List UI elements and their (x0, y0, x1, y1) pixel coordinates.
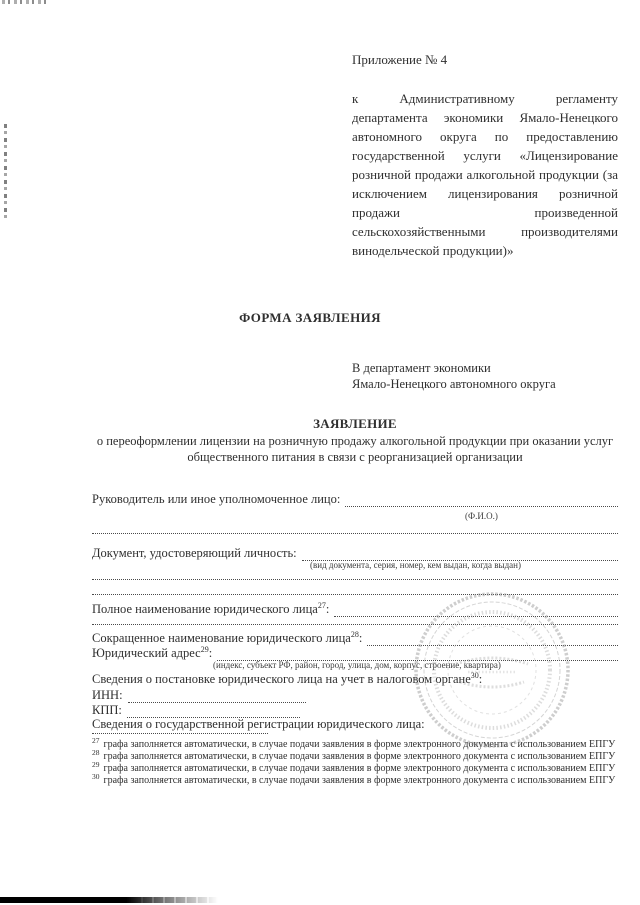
field-full-name-label: Полное наименование юридического лица (92, 602, 318, 616)
footnote-text: графа заполняется автоматически, в случа… (104, 763, 616, 774)
field-legal-address-row: Юридический адрес29: (92, 646, 618, 661)
application-subtitle: о переоформлении лицензии на розничную п… (90, 434, 620, 465)
footnote-29: 29графа заполняется автоматически, в слу… (92, 763, 618, 775)
field-state-registration-label: Сведения о государственной регистрации ю… (92, 717, 425, 732)
blank-line (92, 594, 618, 595)
field-short-name-row: Сокращенное наименование юридического ли… (92, 631, 618, 646)
footnote-ref: 30 (92, 772, 100, 781)
footnote-text: графа заполняется автоматически, в случа… (104, 775, 616, 786)
field-identity-doc-blank (302, 547, 618, 561)
footnote-ref-30-marker: 30 (471, 671, 479, 680)
scan-artifact-left-edge (4, 124, 7, 220)
field-short-name-blank (367, 632, 618, 646)
scan-artifact-bottom-bar (0, 897, 218, 903)
blank-line (92, 579, 618, 580)
field-full-name-row: Полное наименование юридического лица27: (92, 602, 618, 617)
field-inn-blank (128, 689, 306, 703)
scan-artifact-top-left (2, 0, 48, 4)
field-tax-registration-row: Сведения о постановке юридического лица … (92, 672, 618, 687)
addressee-line-1: В департамент экономики (352, 360, 556, 376)
field-legal-address-blank (217, 647, 618, 661)
footnote-ref: 27 (92, 736, 100, 745)
field-head-label: Руководитель или иное уполномоченное лиц… (92, 492, 340, 507)
field-state-registration-row: Сведения о государственной регистрации ю… (92, 717, 618, 732)
footnote-28: 28графа заполняется автоматически, в слу… (92, 751, 618, 763)
field-identity-doc-row: Документ, удостоверяющий личность: (92, 546, 618, 561)
appendix-body: к Административному регламенту департаме… (352, 89, 618, 260)
field-identity-doc-label: Документ, удостоверяющий личность: (92, 546, 297, 561)
field-identity-doc-caption: (вид документа, серия, номер, кем выдан,… (310, 560, 521, 570)
colon: : (326, 602, 329, 616)
field-kpp-row: КПП: (92, 703, 300, 718)
addressee-block: В департамент экономики Ямало-Ненецкого … (352, 360, 556, 392)
application-title: ЗАЯВЛЕНИЕ (92, 416, 618, 432)
footnote-ref-27-marker: 27 (318, 601, 326, 610)
field-inn-row: ИНН: (92, 688, 306, 703)
footnote-30: 30графа заполняется автоматически, в слу… (92, 775, 618, 787)
footnote-ref: 28 (92, 748, 100, 757)
field-head-blank (345, 493, 618, 507)
footnote-27: 27графа заполняется автоматически, в слу… (92, 739, 618, 751)
field-head-row: Руководитель или иное уполномоченное лиц… (92, 492, 618, 507)
footnote-ref-28-marker: 28 (351, 630, 359, 639)
colon: : (359, 631, 362, 645)
field-full-name-blank (334, 603, 618, 617)
field-legal-address-caption: (индекс, субъект РФ, район, город, улица… (213, 660, 501, 670)
field-tax-registration-label: Сведения о постановке юридического лица … (92, 672, 471, 686)
field-inn-label: ИНН: (92, 688, 123, 703)
form-title: ФОРМА ЗАЯВЛЕНИЯ (0, 310, 620, 326)
field-kpp-label: КПП: (92, 703, 122, 718)
colon: : (479, 672, 482, 686)
appendix-block: Приложение № 4 к Административному регла… (352, 50, 618, 260)
field-short-name-label: Сокращенное наименование юридического ли… (92, 631, 351, 645)
field-legal-address-label: Юридический адрес (92, 646, 201, 660)
appendix-label: Приложение № 4 (352, 50, 618, 69)
footnote-ref-29-marker: 29 (201, 645, 209, 654)
addressee-line-2: Ямало-Ненецкого автономного округа (352, 376, 556, 392)
blank-line (92, 533, 618, 534)
footnote-ref: 29 (92, 760, 100, 769)
blank-line (92, 624, 618, 625)
footnote-separator (92, 733, 268, 734)
document-page: Приложение № 4 к Административному регла… (0, 0, 640, 905)
footnote-text: графа заполняется автоматически, в случа… (104, 751, 616, 762)
footnote-text: графа заполняется автоматически, в случа… (104, 739, 616, 750)
field-head-caption: (Ф.И.О.) (465, 511, 498, 521)
footnotes-block: 27графа заполняется автоматически, в слу… (92, 739, 618, 787)
colon: : (209, 646, 212, 660)
field-kpp-blank (127, 704, 300, 718)
